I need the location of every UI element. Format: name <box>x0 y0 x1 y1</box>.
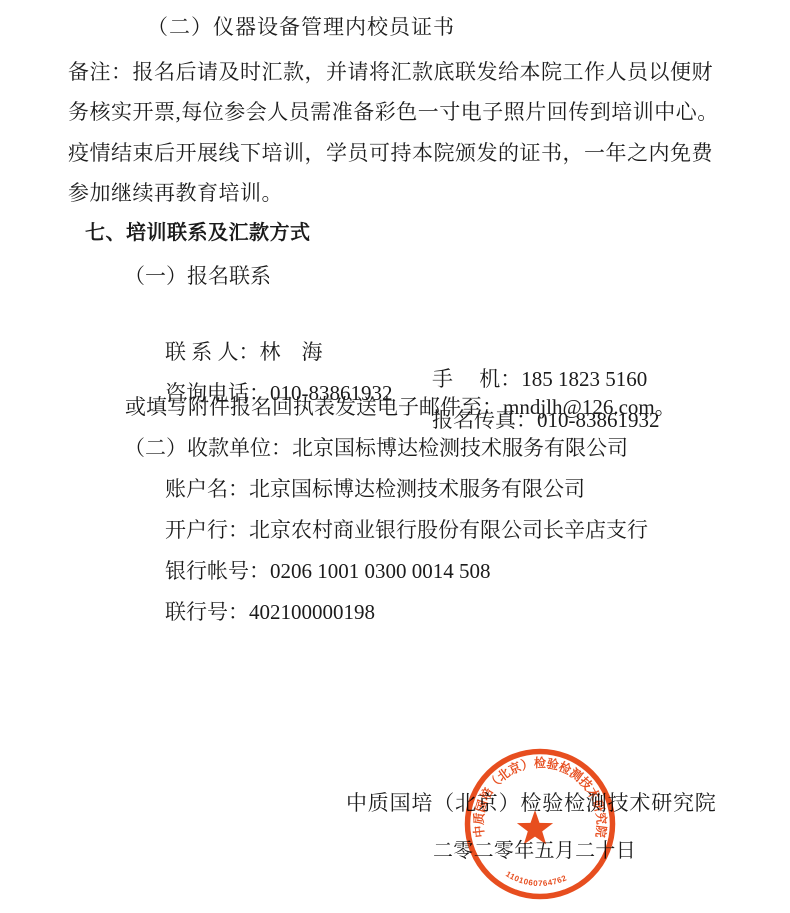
official-seal: 中质国培（北京）检验检测技术研究院 1101060764762 <box>460 744 620 904</box>
contact-row-2: 咨询电话：010-83861932 报名传真：010-83861932 <box>0 353 790 380</box>
email-line: 或填写附件报名回执表发送电子邮件至：mndjlh@126.com。 <box>125 394 676 421</box>
seal-star-icon <box>517 810 553 844</box>
contact-row-1: 联 系 人：林 海 手 机：185 1823 5160 <box>0 312 790 339</box>
account-number-line: 银行帐号：0206 1001 0300 0014 508 <box>165 558 491 585</box>
subsection-registration-heading: （一）报名联系 <box>124 263 271 290</box>
subsection-payee-heading: （二）收款单位：北京国标博达检测技术服务有限公司 <box>124 435 628 462</box>
document-page: （二）仪器设备管理内校员证书 备注：报名后请及时汇款，并请将汇款底联发给本院工作… <box>0 0 790 913</box>
bank-code-line: 联行号：402100000198 <box>165 599 375 626</box>
bank-line: 开户行：北京农村商业银行股份有限公司长辛店支行 <box>165 517 648 544</box>
seal-serial-number: 1101060764762 <box>504 869 568 888</box>
note-line-3: 疫情结束后开展线下培训，学员可持本院颁发的证书，一年之内免费 <box>68 140 713 167</box>
certificate-line: （二）仪器设备管理内校员证书 <box>147 14 455 41</box>
section-heading: 七、培训联系及汇款方式 <box>85 220 311 247</box>
seal-serial-path: 1101060764762 <box>504 869 568 888</box>
note-line-4: 参加继续再教育培训。 <box>68 180 283 207</box>
note-line-1: 备注：报名后请及时汇款，并请将汇款底联发给本院工作人员以便财 <box>68 59 713 86</box>
account-name-line: 账户名：北京国标博达检测技术服务有限公司 <box>165 476 585 503</box>
note-line-2: 务核实开票,每位参会人员需准备彩色一寸电子照片回传到培训中心。 <box>68 99 719 126</box>
